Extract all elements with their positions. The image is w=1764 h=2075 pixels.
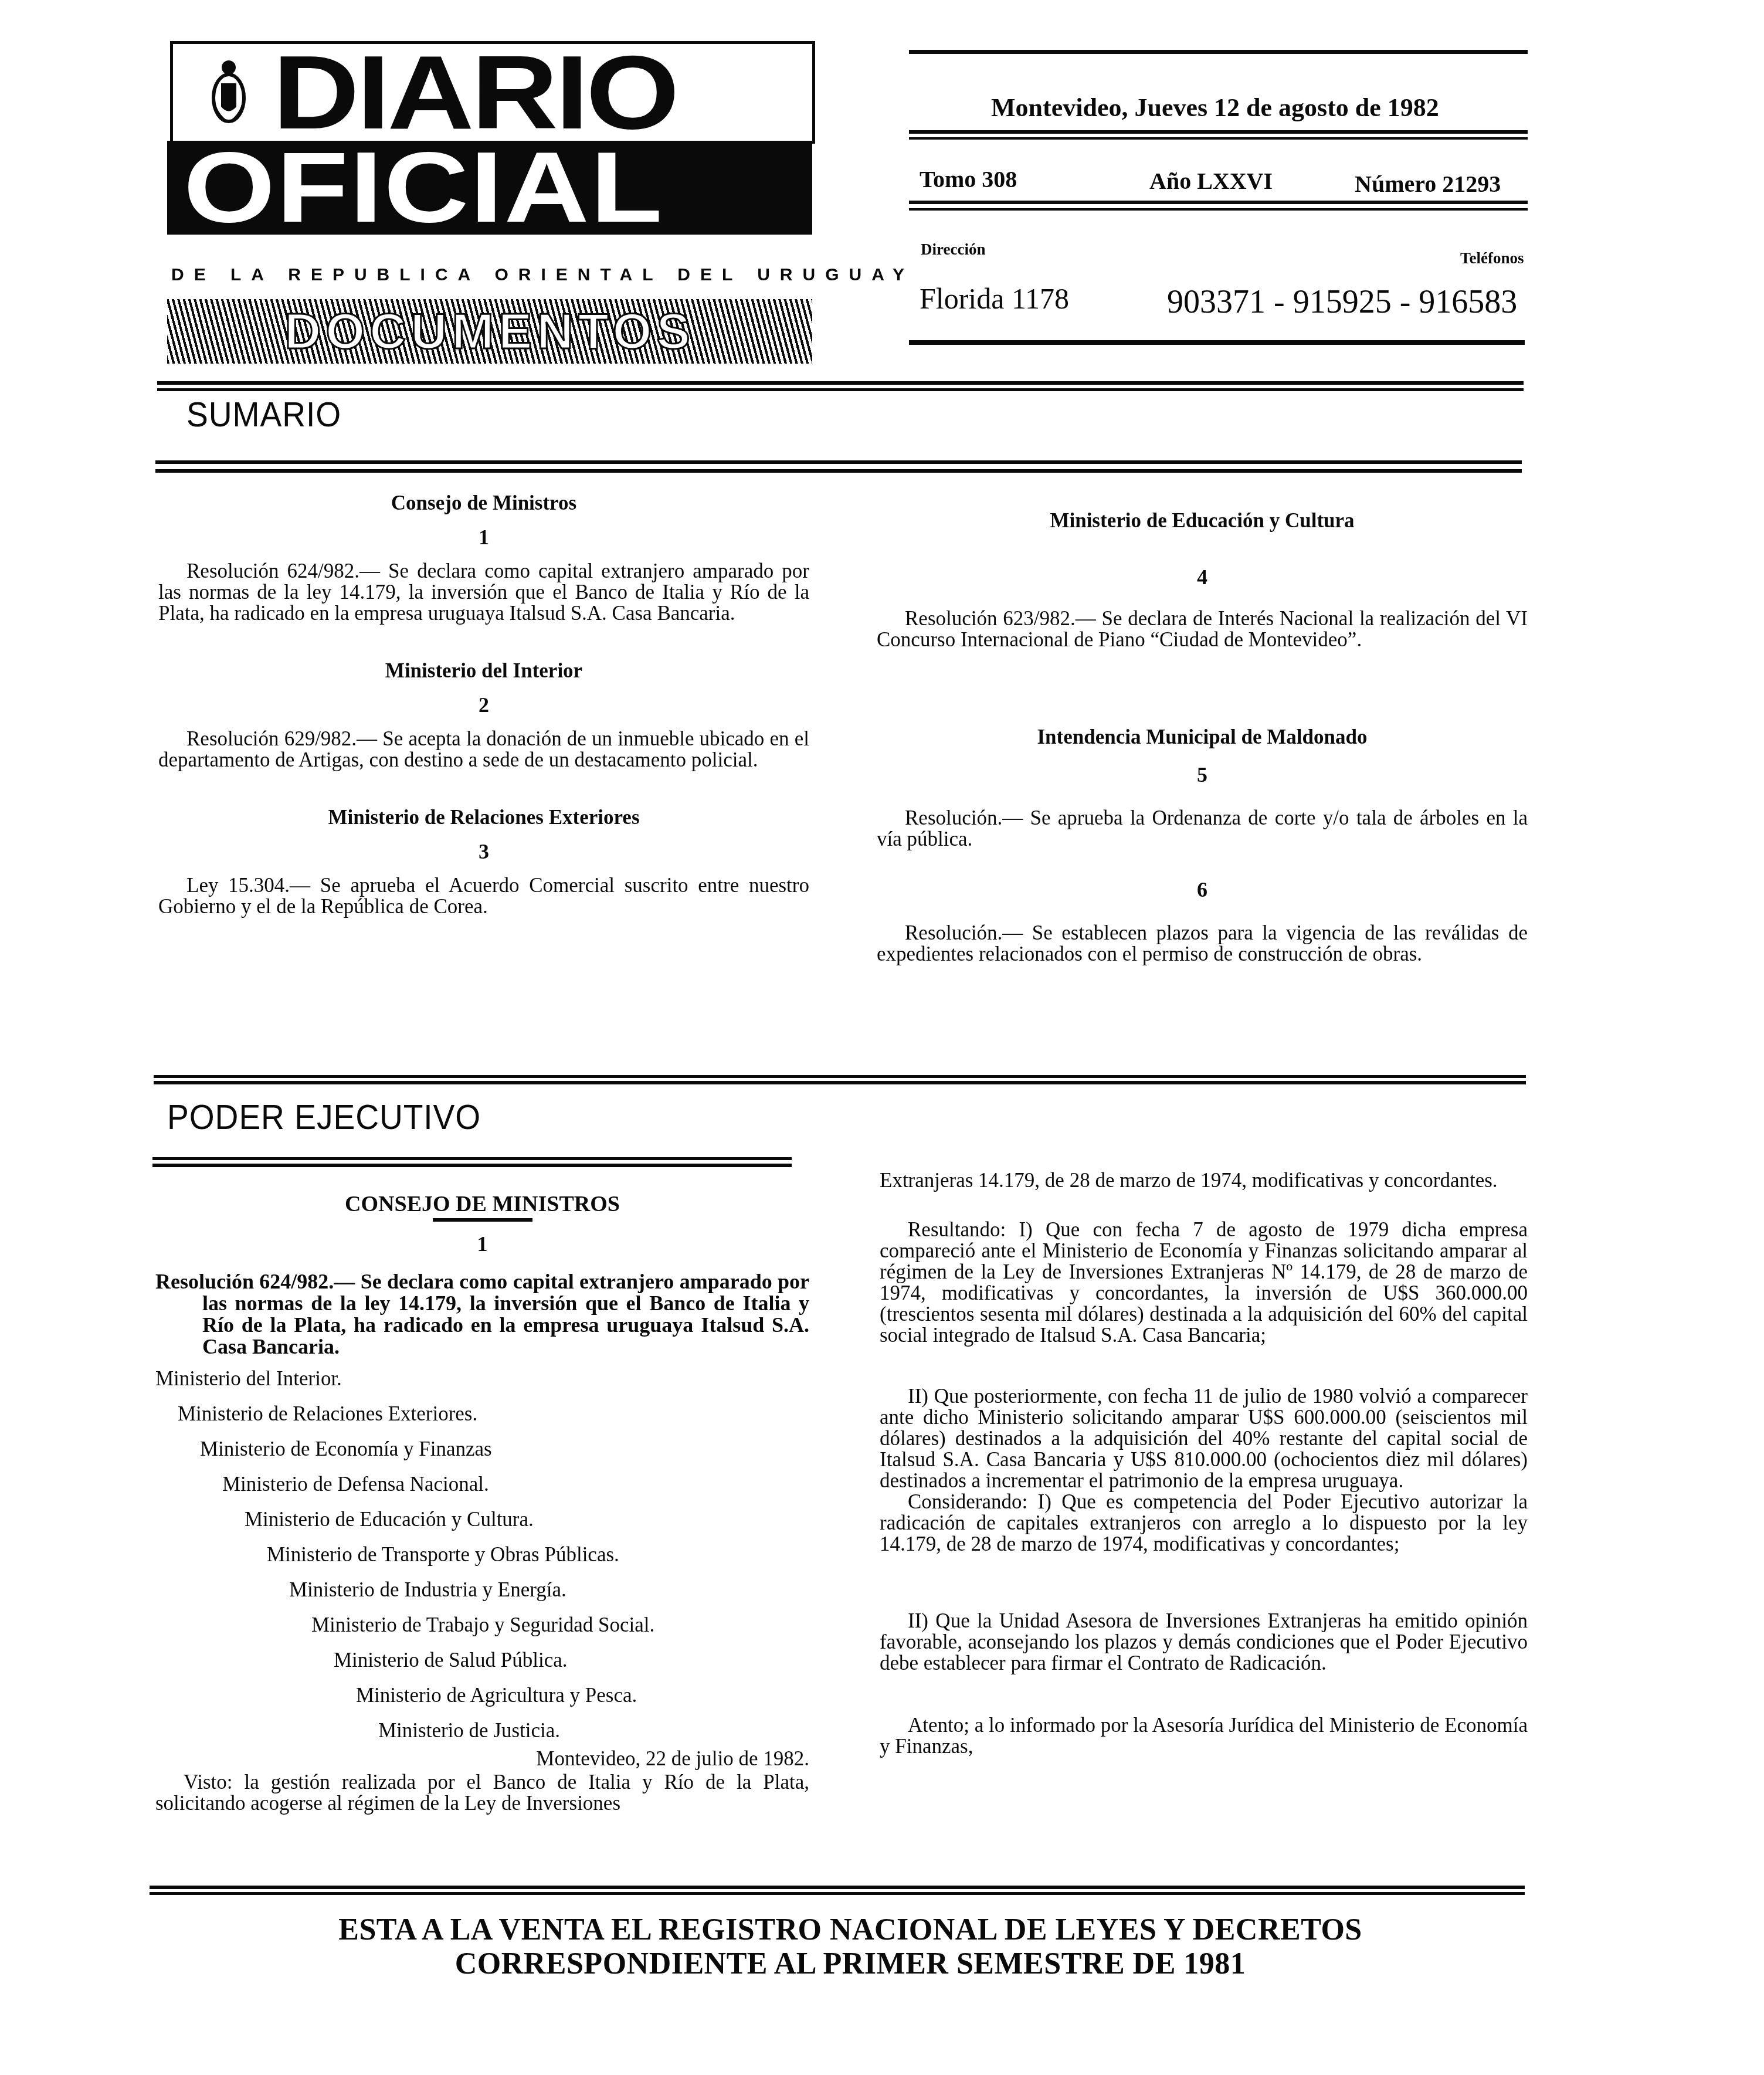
sumario-item-text: Resolución 624/982.— Se declara como cap… — [158, 561, 809, 624]
header-rule — [909, 50, 1528, 54]
coat-of-arms-icon — [208, 57, 249, 127]
footer-rule — [150, 1892, 1525, 1895]
consejo-heading: CONSEJO DE MINISTROS — [155, 1194, 809, 1215]
sumario-item-number: 1 — [158, 527, 809, 548]
ministry-item: Ministerio de Educación y Cultura. — [155, 1502, 809, 1537]
ministry-item: Ministerio de Defensa Nacional. — [155, 1467, 809, 1502]
ministry-item: Ministerio de Economía y Finanzas — [155, 1432, 809, 1467]
ministry-item: Ministerio de Trabajo y Seguridad Social… — [155, 1608, 809, 1643]
masthead-title-diario: DIARIO — [273, 44, 866, 141]
direccion-value: Florida 1178 — [920, 282, 1069, 316]
sumario-item-text: Resolución.— Se establecen plazos para l… — [877, 923, 1528, 965]
sumario-left-column: Consejo de Ministros 1 Resolución 624/98… — [158, 493, 809, 917]
ministry-item: Ministerio de Industria y Energía. — [155, 1572, 809, 1608]
sumario-item-number: 5 — [877, 764, 1528, 785]
masthead-oficial-box: OFICIAL — [167, 141, 812, 235]
ministry-item: Ministerio de Agricultura y Pesca. — [155, 1678, 809, 1713]
sumario-heading: Intendencia Municipal de Maldonado — [877, 727, 1528, 748]
masthead-title-oficial: OFICIAL — [184, 141, 903, 235]
sumario-item-text: Resolución 623/982.— Se declara de Inter… — [877, 608, 1528, 650]
ministries-list: Ministerio del Interior.Ministerio de Re… — [155, 1361, 809, 1748]
issue-tomo: Tomo 308 — [920, 165, 1017, 193]
body-paragraph: Atento; a lo informado por la Asesoría J… — [880, 1715, 1528, 1757]
section-rule — [154, 1081, 1526, 1084]
sumario-heading: Consejo de Ministros — [158, 493, 809, 514]
sumario-item-number: 2 — [158, 694, 809, 716]
body-paragraph: II) Que posteriormente, con fecha 11 de … — [880, 1386, 1528, 1491]
body-paragraph: Considerando: I) Que es competencia del … — [880, 1491, 1528, 1555]
body-paragraph: II) Que la Unidad Asesora de Inversiones… — [880, 1611, 1528, 1674]
section-rule — [157, 381, 1524, 385]
documentos-label: DOCUMENTOS — [208, 310, 771, 353]
documentos-band: DOCUMENTOS — [167, 299, 812, 364]
body-paragraph: Extranjeras 14.179, de 28 de marzo de 19… — [880, 1170, 1528, 1191]
masthead-diario-box: DIARIO — [170, 41, 815, 144]
sumario-item-number: 3 — [158, 841, 809, 862]
sumario-title: SUMARIO — [186, 394, 341, 435]
telefonos-label: Teléfonos — [1460, 249, 1524, 267]
section-rule — [155, 460, 1522, 464]
section-rule — [155, 469, 1522, 473]
ministry-item: Ministerio de Transporte y Obras Pública… — [155, 1537, 809, 1572]
section-rule — [154, 1075, 1526, 1078]
sumario-item-number: 6 — [877, 879, 1528, 900]
header-rule — [909, 340, 1525, 345]
header-rule — [909, 208, 1528, 211]
header-rule — [909, 201, 1528, 204]
place-date: Montevideo, 22 de julio de 1982. — [155, 1748, 809, 1769]
heading-underline — [433, 1218, 532, 1222]
section-rule — [152, 1157, 792, 1160]
sale-notice-line1: ESTA A LA VENTA EL REGISTRO NACIONAL DE … — [176, 1913, 1525, 1947]
poder-ejecutivo-title: PODER EJECUTIVO — [167, 1097, 481, 1137]
resolution-number: 1 — [155, 1233, 809, 1255]
sale-notice-line2: CORRESPONDIENTE AL PRIMER SEMESTRE DE 19… — [176, 1947, 1525, 1981]
resolution-title: Resolución 624/982.— Se declara como cap… — [155, 1271, 809, 1358]
ministry-item: Ministerio de Justicia. — [155, 1713, 809, 1748]
header-rule — [909, 130, 1528, 134]
sumario-right-column: Ministerio de Educación y Cultura 4 Reso… — [877, 510, 1528, 965]
masthead-subtitle: DE LA REPUBLICA ORIENTAL DEL URUGUAY — [171, 265, 816, 285]
visto-paragraph: Visto: la gestión realizada por el Banco… — [155, 1772, 809, 1814]
sumario-item-number: 4 — [877, 567, 1528, 588]
ministry-item: Ministerio del Interior. — [155, 1361, 809, 1396]
section-rule — [152, 1164, 792, 1167]
poder-ejecutivo-right-column: Extranjeras 14.179, de 28 de marzo de 19… — [880, 1170, 1528, 1757]
sumario-heading: Ministerio de Educación y Cultura — [877, 510, 1528, 531]
ministry-item: Ministerio de Salud Pública. — [155, 1643, 809, 1678]
issue-numero: Número 21293 — [1355, 170, 1501, 198]
issue-date: Montevideo, Jueves 12 de agosto de 1982 — [991, 93, 1439, 123]
sumario-item-text: Resolución 629/982.— Se acepta la donaci… — [158, 728, 809, 771]
body-paragraph: Resultando: I) Que con fecha 7 de agosto… — [880, 1219, 1528, 1346]
sumario-item-text: Ley 15.304.— Se aprueba el Acuerdo Comer… — [158, 875, 809, 917]
section-rule — [157, 388, 1524, 391]
poder-ejecutivo-left-column: CONSEJO DE MINISTROS 1 Resolución 624/98… — [155, 1194, 809, 1814]
sumario-heading: Ministerio de Relaciones Exteriores — [158, 807, 809, 828]
header-rule — [909, 137, 1528, 140]
sale-notice: ESTA A LA VENTA EL REGISTRO NACIONAL DE … — [176, 1913, 1525, 1981]
telefonos-value: 903371 - 915925 - 916583 — [1167, 283, 1517, 321]
direccion-label: Dirección — [921, 240, 985, 259]
sumario-item-text: Resolución.— Se aprueba la Ordenanza de … — [877, 808, 1528, 850]
ministry-item: Ministerio de Relaciones Exteriores. — [155, 1396, 809, 1432]
issue-anio: Año LXXVI — [1149, 167, 1273, 195]
footer-rule — [150, 1886, 1525, 1889]
sumario-heading: Ministerio del Interior — [158, 660, 809, 682]
